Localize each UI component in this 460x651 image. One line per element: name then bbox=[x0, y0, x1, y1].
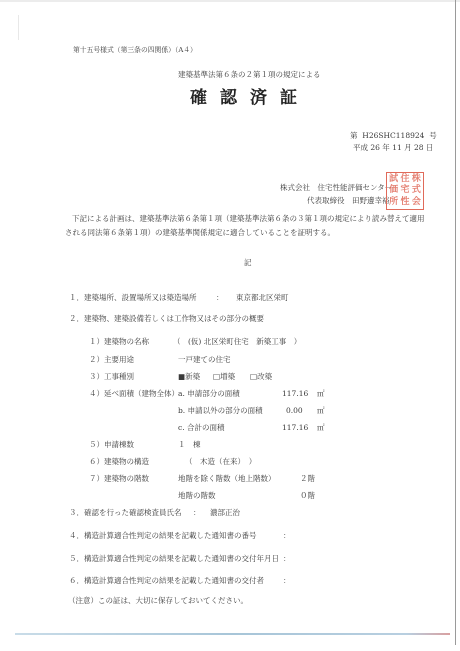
issuer-organization: 株式会社 住宅性能評価センター bbox=[280, 183, 392, 192]
sub-1-value: （ (仮) 北区栄町住宅 新築工事 ） bbox=[173, 337, 301, 346]
sub-7-floors-below: 地階の階数 ０階 bbox=[0, 491, 460, 501]
floors-below-value: ０階 bbox=[300, 491, 315, 500]
seal-char: 試 bbox=[388, 174, 399, 185]
certificate-number: H26SHC118924 bbox=[362, 131, 424, 140]
certificate-date: 平成 26 年 11 月 28 日 bbox=[353, 143, 433, 152]
item-3-value: 濃部正治 bbox=[210, 508, 240, 517]
floors-above-value: ２階 bbox=[300, 474, 315, 483]
sub-2-main-use: ２）主要用途 一戸建ての住宅 bbox=[0, 355, 460, 365]
seal-char: 宅 bbox=[399, 185, 410, 196]
intro-line-2: される同法第６条第１項）の建築基準関係規定に適合していることを証明する。 bbox=[65, 228, 335, 237]
sub-2-value: 一戸建ての住宅 bbox=[178, 355, 231, 364]
seal-char: 価 bbox=[388, 185, 399, 196]
sub-5-number-of-buildings: ５）申請棟数 １ 棟 bbox=[0, 440, 460, 450]
item-5-sep: ： bbox=[283, 554, 291, 563]
area-a-label: a. 申請部分の面積 bbox=[178, 389, 240, 398]
area-b-unit: ㎡ bbox=[317, 406, 325, 415]
sub-5-label: ５）申請棟数 bbox=[89, 440, 134, 449]
item-6-notice-issuer: ６．構造計算適合性判定の結果を記載した通知書の交付者 ： bbox=[0, 576, 460, 586]
item-5-label: ５．構造計算適合性判定の結果を記載した通知書の交付年月日 bbox=[69, 554, 279, 563]
sub-4-floor-area-a: ４）延べ面積（建物全体） a. 申請部分の面積 117.16 ㎡ bbox=[0, 389, 460, 399]
ki-heading: 記 bbox=[244, 258, 252, 267]
option-label: 新築 bbox=[185, 372, 200, 381]
option-extension: □増築 bbox=[213, 372, 235, 381]
note-text: （注意）この証は、大切に保存しておいてください。 bbox=[68, 596, 248, 605]
floors-above-label: 地階を除く階数（地上階数） bbox=[178, 474, 276, 483]
company-seal-stamp: 試 住 株 価 宅 式 所 性 会 bbox=[386, 172, 424, 210]
scan-edge-left bbox=[18, 15, 19, 40]
item-3-label: ３．確認を行った確認検査員氏名 bbox=[69, 508, 182, 517]
item-3-sep: ： bbox=[193, 508, 201, 517]
seal-char: 式 bbox=[411, 185, 422, 196]
area-b-label: b. 申請以外の部分の面積 bbox=[178, 406, 263, 415]
issuer-representative: 代表取締役 田野邊幸裕 bbox=[307, 196, 390, 205]
area-c-unit: ㎡ bbox=[317, 423, 325, 432]
sub-2-label: ２）主要用途 bbox=[89, 355, 134, 364]
scan-edge-top bbox=[0, 0, 460, 2]
option-label: 増築 bbox=[220, 372, 235, 381]
item-4-label: ４．構造計算適合性判定の結果を記載した通知書の番号 bbox=[69, 531, 257, 540]
sub-7-label: ７）建築物の階数 bbox=[89, 474, 149, 483]
area-a-value: 117.16 bbox=[282, 389, 308, 398]
sub-3-label: ３）工事種別 bbox=[89, 372, 134, 381]
item-6-sep: ： bbox=[283, 576, 291, 585]
certificate-page: 第十五号様式（第三条の四関係）（A４） 建築基準法第６条の２第１項の規定による … bbox=[0, 0, 460, 651]
item-4-notice-number: ４．構造計算適合性判定の結果を記載した通知書の番号 ： bbox=[0, 531, 460, 541]
seal-char: 性 bbox=[399, 197, 410, 208]
note-row: （注意）この証は、大切に保存しておいてください。 bbox=[0, 596, 460, 606]
scan-edge-bottom bbox=[15, 633, 450, 635]
sub-4-floor-area-c: c. 合計の面積 117.16 ㎡ bbox=[0, 423, 460, 433]
option-new-construction: ■新築 bbox=[178, 372, 200, 381]
document-subtitle: 建築基準法第６条の２第１項の規定による bbox=[178, 70, 321, 79]
item-1-building-location: １．建築場所、設置場所又は築造場所 ： 東京都北区栄町 bbox=[0, 293, 460, 303]
certificate-number-prefix: 第 bbox=[350, 131, 358, 140]
seal-char: 住 bbox=[399, 174, 410, 185]
seal-char: 会 bbox=[411, 197, 422, 208]
form-number: 第十五号様式（第三条の四関係）（A４） bbox=[73, 46, 197, 55]
seal-char: 所 bbox=[388, 197, 399, 208]
area-a-unit: ㎡ bbox=[317, 389, 325, 398]
area-c-value: 117.16 bbox=[282, 423, 308, 432]
item-5-notice-date: ５．構造計算適合性判定の結果を記載した通知書の交付年月日 ： bbox=[0, 554, 460, 564]
sub-7-floors-above: ７）建築物の階数 地階を除く階数（地上階数） ２階 bbox=[0, 474, 460, 484]
document-title: 確認済証 bbox=[190, 88, 310, 108]
item-3-inspector: ３．確認を行った確認検査員氏名 ： 濃部正治 bbox=[0, 508, 460, 518]
item-2-building-overview: ２．建築物、建築設備若しくは工作物又はその部分の概要 bbox=[0, 314, 460, 324]
item-6-label: ６．構造計算適合性判定の結果を記載した通知書の交付者 bbox=[69, 576, 264, 585]
sub-4-label: ４）延べ面積（建物全体） bbox=[89, 389, 179, 398]
option-renovation: □改築 bbox=[250, 372, 272, 381]
sub-3-construction-type: ３）工事種別 ■新築 □増築 □改築 bbox=[0, 372, 460, 382]
intro-line-1: 下記による計画は、建築基準法第６条第１項（建築基準法第６条の３第１項の規定により… bbox=[72, 214, 425, 223]
item-1-sep: ： bbox=[216, 293, 224, 302]
floors-below-label: 地階の階数 bbox=[178, 491, 216, 500]
sub-1-building-name: １）建築物の名称 （ (仮) 北区栄町住宅 新築工事 ） bbox=[0, 337, 460, 347]
area-b-value: 0.00 bbox=[286, 406, 303, 415]
seal-char: 株 bbox=[411, 174, 422, 185]
item-1-value: 東京都北区栄町 bbox=[236, 293, 289, 302]
item-4-sep: ： bbox=[283, 531, 291, 540]
sub-6-value: （ 木造（在来） ） bbox=[185, 457, 256, 466]
sub-6-structure: ６）建築物の構造 （ 木造（在来） ） bbox=[0, 457, 460, 467]
option-label: 改築 bbox=[257, 372, 272, 381]
sub-1-label: １）建築物の名称 bbox=[89, 337, 149, 346]
certificate-number-line: 第 H26SHC118924 号 bbox=[350, 131, 437, 140]
certificate-number-suffix: 号 bbox=[429, 131, 437, 140]
area-c-label: c. 合計の面積 bbox=[178, 423, 224, 432]
sub-6-label: ６）建築物の構造 bbox=[89, 457, 149, 466]
item-1-label: １．建築場所、設置場所又は築造場所 bbox=[69, 293, 197, 302]
sub-5-value: １ 棟 bbox=[178, 440, 201, 449]
sub-4-floor-area-b: b. 申請以外の部分の面積 0.00 ㎡ bbox=[0, 406, 460, 416]
item-2-label: ２．建築物、建築設備若しくは工作物又はその部分の概要 bbox=[69, 314, 264, 323]
